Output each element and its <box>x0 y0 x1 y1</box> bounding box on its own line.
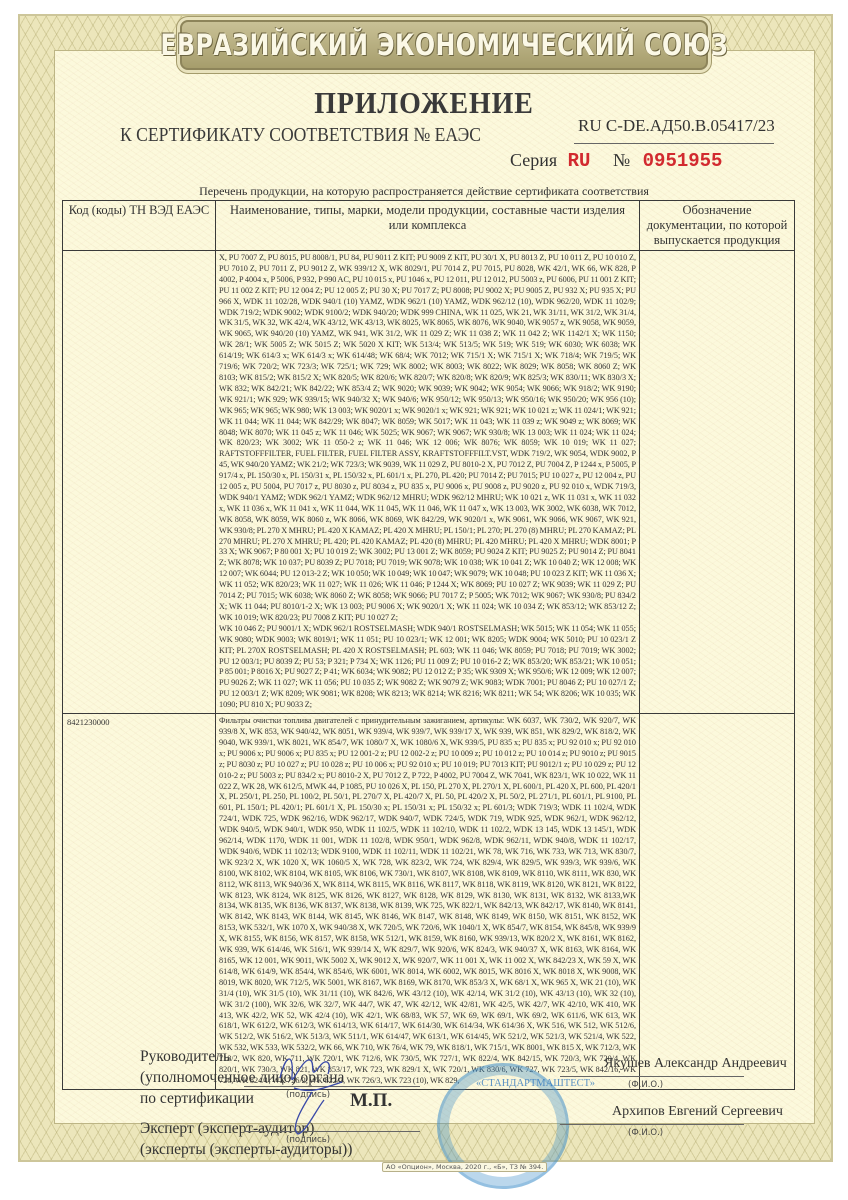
product-description-cell: Фильтры очистки топлива двигателей с при… <box>216 714 640 1090</box>
handwritten-signature <box>272 1048 352 1138</box>
head-name-line <box>560 1076 744 1077</box>
documentation-cell <box>640 714 795 1090</box>
hs-code-cell: 8421230000 <box>63 714 216 1090</box>
stamp-text: «СТАНДАРТМАШТЕСТ» <box>476 1078 595 1089</box>
table-row: 8421230000 Фильтры очистки топлива двига… <box>63 714 795 1090</box>
table-row: X, PU 7007 Z, PU 8015, PU 8008/1, PU 84,… <box>63 251 795 714</box>
union-banner: ЕВРАЗИЙСКИЙ ЭКОНОМИЧЕСКИЙ СОЮЗ <box>180 20 708 70</box>
expert-name-line <box>560 1124 744 1125</box>
expert-name: Архипов Евгений Сергеевич <box>612 1104 783 1120</box>
column-header-name: Наименование, типы, марки, модели продук… <box>216 201 640 251</box>
series-label: Серия <box>510 150 557 170</box>
printer-imprint: АО «Опцион», Москва, 2020 г., «Б», ТЗ № … <box>382 1162 547 1172</box>
product-list-subtitle: Перечень продукции, на которую распростр… <box>0 184 848 199</box>
blank-number: 0951955 <box>643 150 723 172</box>
head-fio-caption: (Ф.И.О.) <box>628 1080 663 1090</box>
number-label: № <box>613 150 630 170</box>
documentation-cell <box>640 251 795 714</box>
expert-fio-caption: (Ф.И.О.) <box>628 1128 663 1138</box>
certificate-number-underline <box>574 143 774 144</box>
column-header-documentation: Обозначение документации, по которой вып… <box>640 201 795 251</box>
product-description-cell: X, PU 7007 Z, PU 8015, PU 8008/1, PU 84,… <box>216 251 640 714</box>
certificate-prefix: К СЕРТИФИКАТУ СООТВЕТСТВИЯ № ЕАЭС <box>120 124 481 147</box>
seal-placeholder: М.П. <box>350 1090 392 1112</box>
series-line: Серия RU № 0951955 <box>510 150 722 172</box>
certificate-number: RU C-DE.АД50.В.05417/23 <box>578 116 775 136</box>
product-table: Код (коды) ТН ВЭД ЕАЭС Наименование, тип… <box>62 200 795 1090</box>
union-banner-text: ЕВРАЗИЙСКИЙ ЭКОНОМИЧЕСКИЙ СОЮЗ <box>160 28 728 62</box>
table-header-row: Код (коды) ТН ВЭД ЕАЭС Наименование, тип… <box>63 201 795 251</box>
head-name: Якушев Александр Андреевич <box>604 1056 787 1072</box>
hs-code-cell <box>63 251 216 714</box>
column-header-code: Код (коды) ТН ВЭД ЕАЭС <box>63 201 216 251</box>
series-value: RU <box>568 150 591 172</box>
